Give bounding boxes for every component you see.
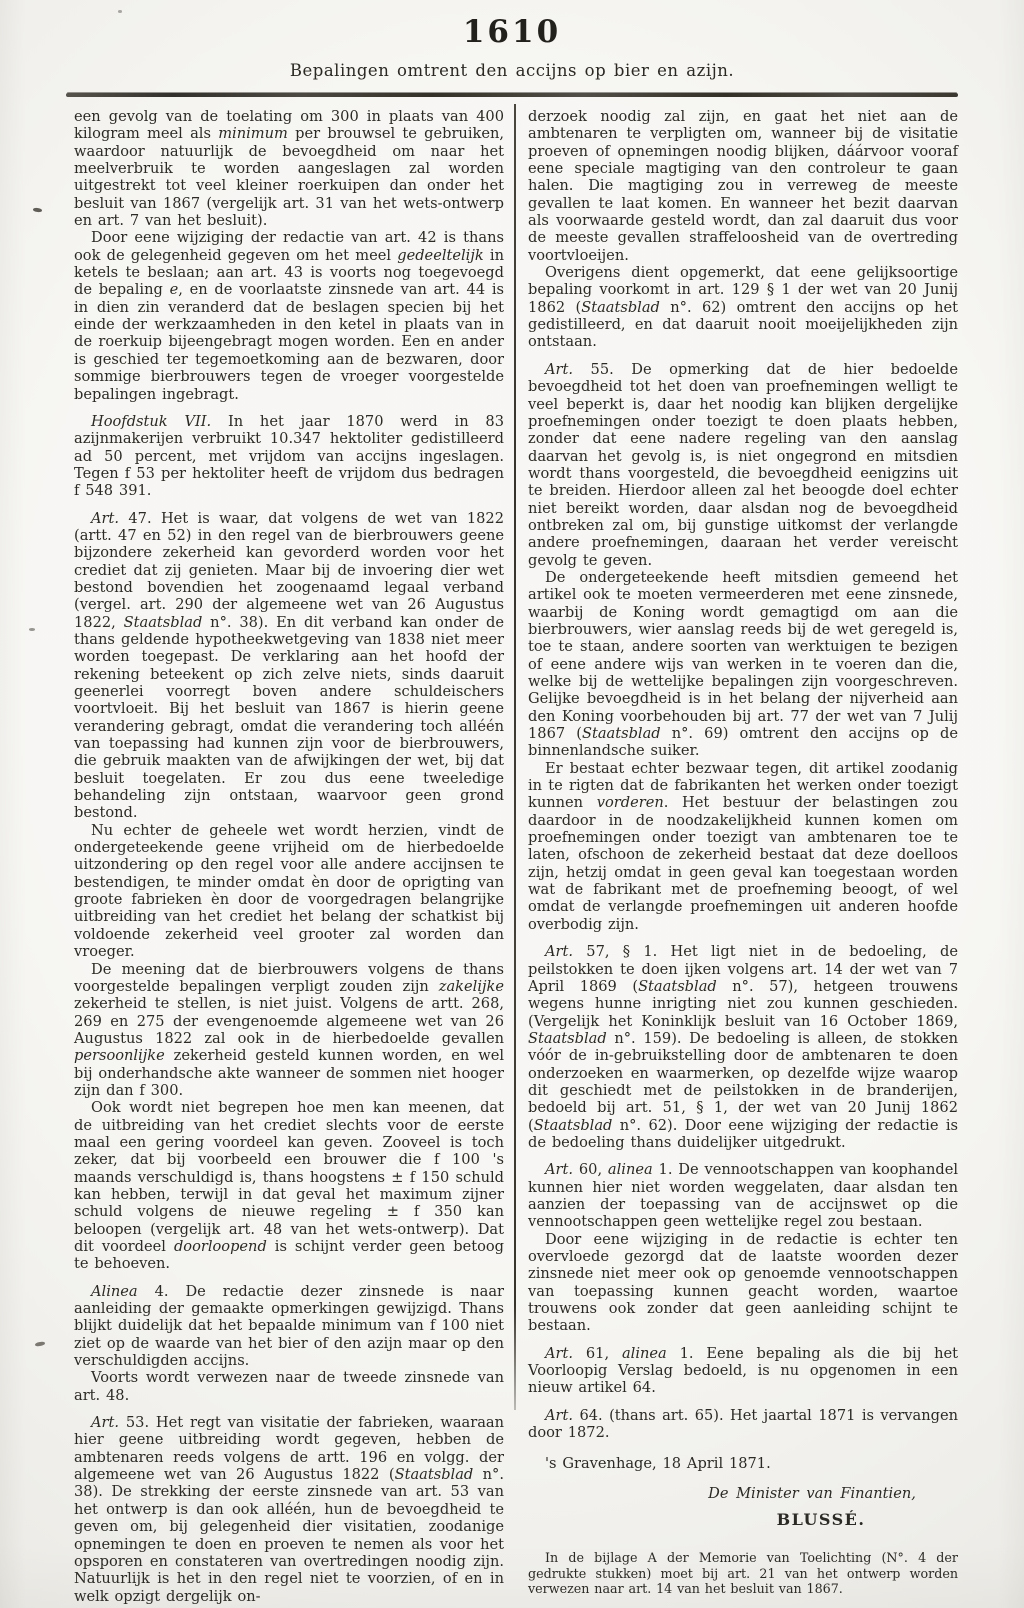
header-rule: [66, 93, 958, 97]
left-column: een gevolg van de toelating om 300 in pl…: [74, 108, 504, 1605]
para-art-53: Art. 53. Het regt van visitatie der fabr…: [74, 1414, 504, 1605]
para-voorts: Voorts wordt verwezen naar de tweede zin…: [74, 1369, 504, 1404]
signature-name: BLUSSÉ.: [528, 1511, 958, 1528]
para-hoofdstuk-vii: Hoofdstuk VII. In het jaar 1870 werd in …: [74, 413, 504, 500]
para-bezwaar: Er bestaat echter bezwaar tegen, dit art…: [528, 760, 958, 933]
para-ondergeteekende: De ondergeteekende heeft mitsdien gemeen…: [528, 569, 958, 760]
scanned-document-page: { "colors": { "paper": "#efeeea", "ink":…: [0, 0, 1024, 1608]
column-divider-rule: [514, 104, 516, 1410]
para-continuation-right: derzoek noodig zal zijn, en gaat het nie…: [528, 108, 958, 264]
two-column-body: een gevolg van de toelating om 300 in pl…: [74, 108, 958, 1605]
scan-speck: [118, 10, 122, 13]
footnote: In de bijlage A der Memorie van Toelicht…: [528, 1550, 958, 1596]
scan-speck: [33, 207, 42, 212]
para-art-47: Art. 47. Het is waar, dat volgens de wet…: [74, 510, 504, 822]
para-overigens: Overigens dient opgemerkt, dat eene geli…: [528, 264, 958, 351]
page-number: 1610: [0, 0, 1024, 50]
para-continuation-left: een gevolg van de toelating om 300 in pl…: [74, 108, 504, 229]
para-art-60: Art. 60, alinea 1. De vennootschappen va…: [528, 1161, 958, 1230]
para-crediet: Ook wordt niet begrepen hoe men kan meen…: [74, 1099, 504, 1272]
para-alinea-4: Alinea 4. De redactie dezer zinsnede is …: [74, 1283, 504, 1370]
para-art-64: Art. 64. (thans art. 65). Het jaartal 18…: [528, 1407, 958, 1442]
para-art-57: Art. 57, § 1. Het ligt niet in de bedoel…: [528, 943, 958, 1151]
signature-role: De Minister van Finantien,: [528, 1485, 958, 1502]
scan-speck: [29, 628, 35, 631]
para-art-55: Art. 55. De opmerking dat de hier bedoel…: [528, 361, 958, 569]
para-wijziging-redactie: Door eene wijziging in de redactie is ec…: [528, 1231, 958, 1335]
para-art-42: Door eene wijziging der redactie van art…: [74, 229, 504, 402]
right-column: derzoek noodig zal zijn, en gaat het nie…: [528, 108, 958, 1605]
para-meening: De meening dat de bierbrouwers volgens d…: [74, 961, 504, 1100]
page-title: Bepalingen omtrent den accijns op bier e…: [0, 61, 1024, 80]
para-art-61: Art. 61, alinea 1. Eene bepaling als die…: [528, 1345, 958, 1397]
dateline: 's Gravenhage, 18 April 1871.: [528, 1455, 958, 1472]
para-herziening: Nu echter de geheele wet wordt herzien, …: [74, 822, 504, 961]
scan-speck: [35, 1341, 46, 1347]
